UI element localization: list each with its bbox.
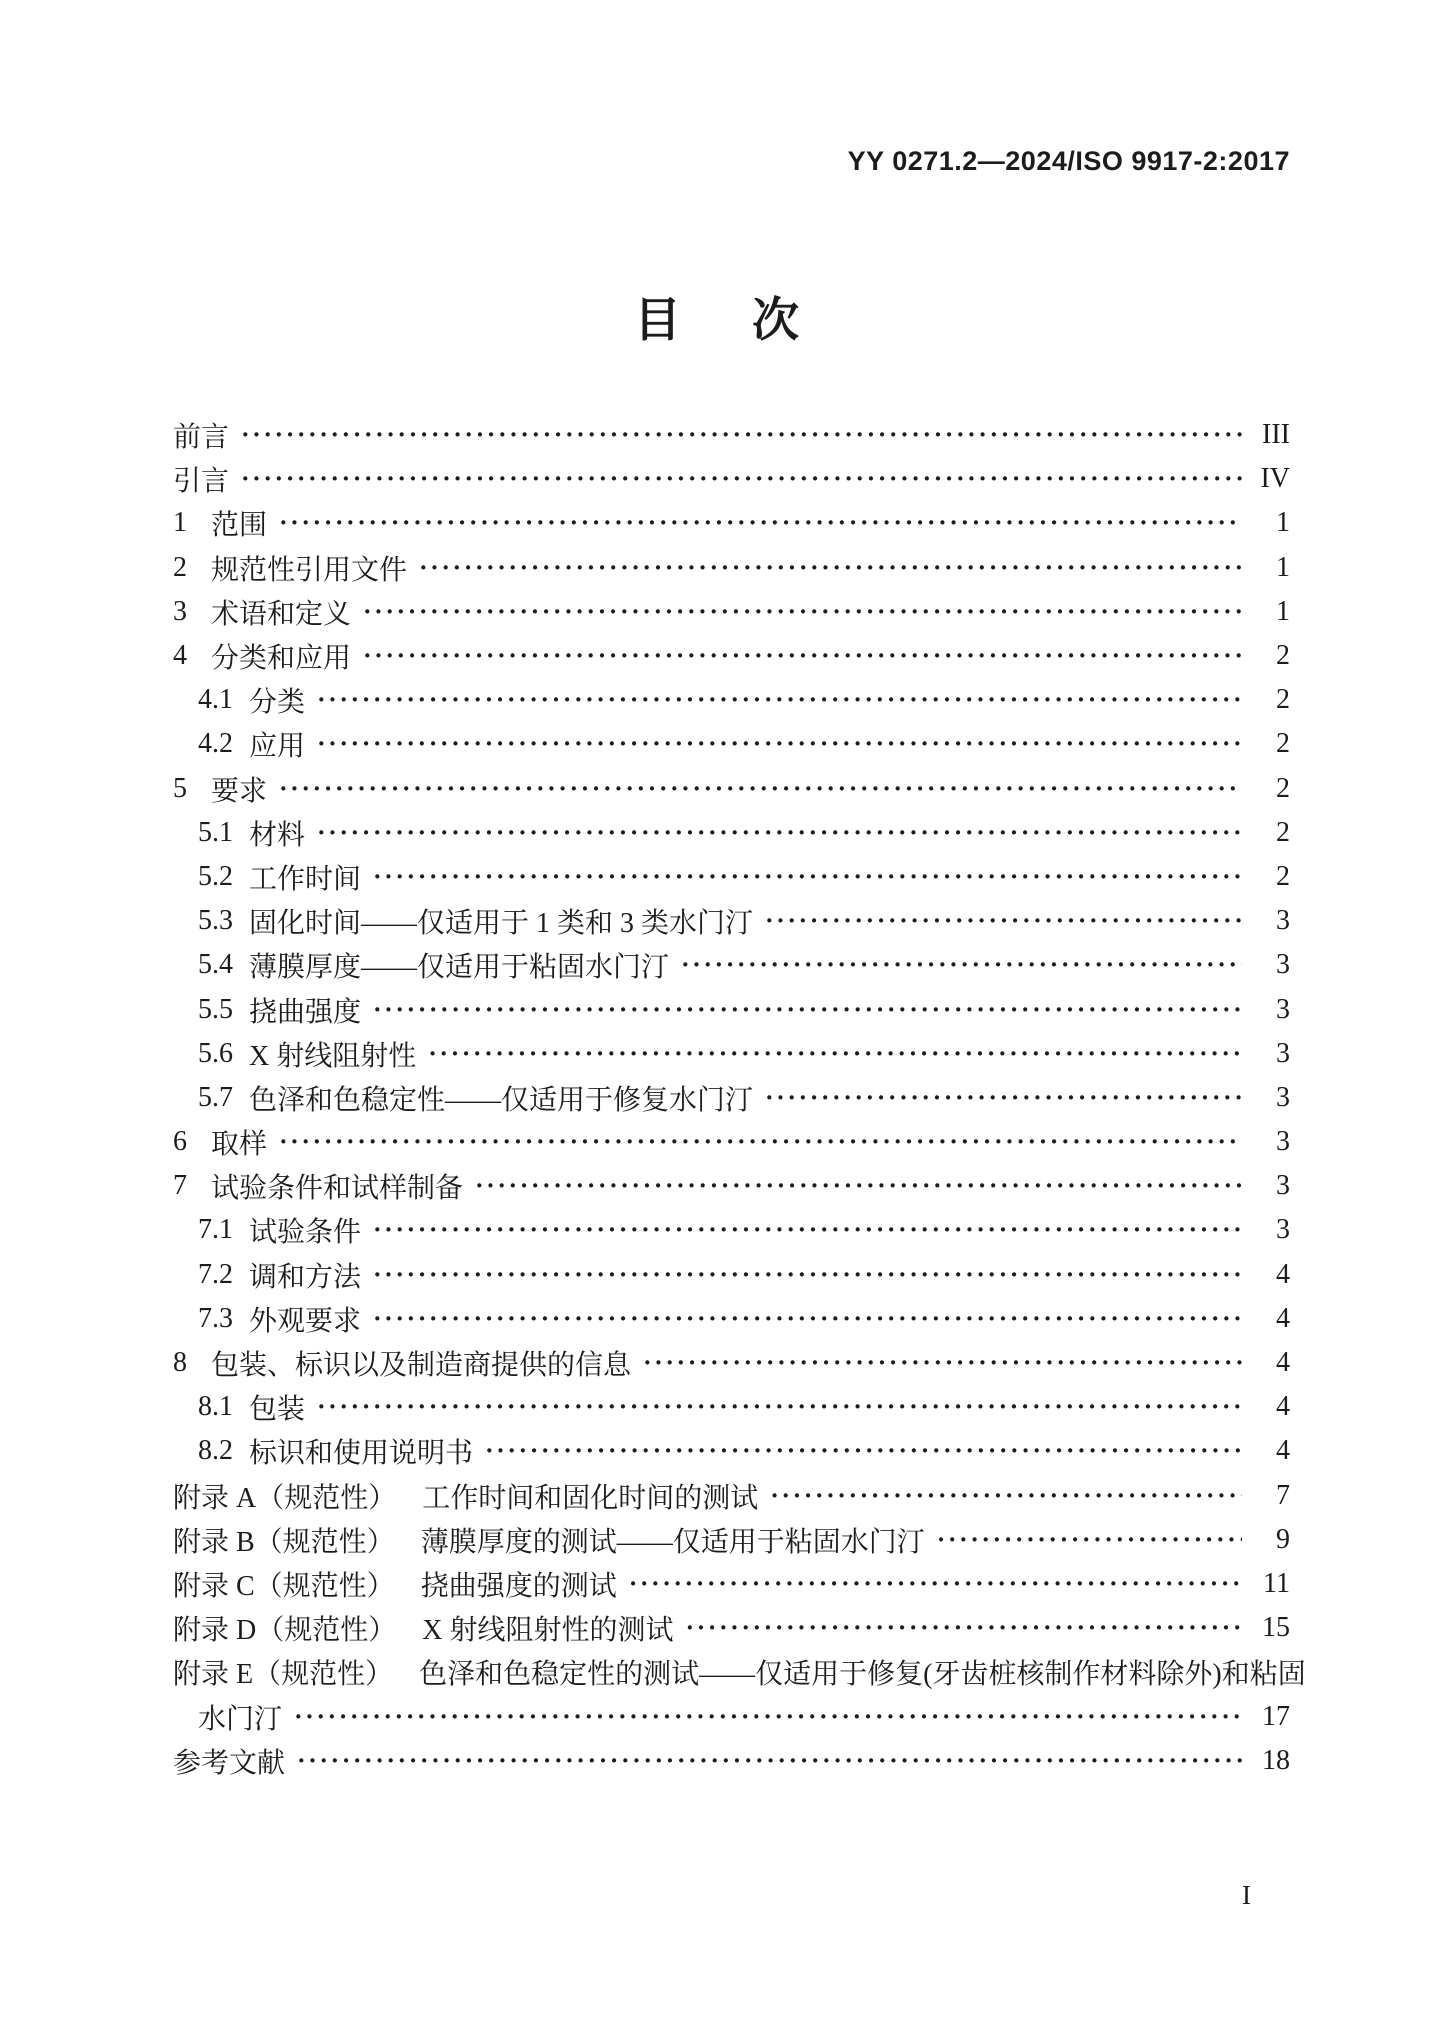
toc-entry-title: 包装、标识以及制造商提供的信息 [211,1343,631,1383]
toc-entry[interactable]: 4 分类和应用 2 [173,634,1290,678]
toc-leader-dots [419,552,1242,584]
toc-entry-number: 4.1 [198,684,233,716]
toc-leader-dots [363,640,1242,672]
toc-entry-title: 色泽和色稳定性——仅适用于修复水门汀 [249,1078,753,1118]
toc-entry-title: X 射线阻射性 [249,1034,416,1074]
table-of-contents: 前言 III 引言 IV 1 范围 1 2 规范性引用文件 1 3 术语和定义 [173,413,1290,1783]
toc-entry-number: 5.4 [198,949,233,981]
toc-entry[interactable]: 5 要求 2 [173,767,1290,811]
toc-entry-page: 2 [1252,773,1290,805]
toc-entry-number: 5.5 [198,994,233,1026]
toc-entry-page: 4 [1252,1435,1290,1467]
page-number-footer: I [1242,1880,1251,1911]
toc-entry-page: 4 [1252,1303,1290,1335]
toc-leader-dots [317,1391,1242,1423]
toc-entry[interactable]: 8 包装、标识以及制造商提供的信息 4 [173,1341,1290,1385]
toc-leader-dots [685,1612,1242,1644]
toc-entry-page: 3 [1252,1214,1290,1246]
toc-entry[interactable]: 7.2 调和方法 4 [173,1253,1290,1297]
toc-entry-title: 固化时间——仅适用于 1 类和 3 类水门汀 [249,901,753,941]
document-page: YY 0271.2—2024/ISO 9917-2:2017 目 次 前言 II… [0,0,1445,2044]
toc-leader-dots [241,463,1242,495]
toc-entry-page: 2 [1252,728,1290,760]
toc-entry-title: 分类和应用 [211,636,351,676]
toc-entry-page: 1 [1252,507,1290,539]
toc-entry-title: 工作时间和固化时间的测试 [422,1476,758,1516]
toc-entry[interactable]: 4.2 应用 2 [173,722,1290,766]
toc-entry[interactable]: 2 规范性引用文件 1 [173,546,1290,590]
toc-entry-page: 3 [1252,949,1290,981]
toc-entry-title: 参考文献 [173,1741,285,1781]
toc-entry-page: 15 [1252,1612,1290,1644]
toc-entry[interactable]: 1 范围 1 [173,501,1290,545]
toc-entry-number: 6 [173,1126,187,1158]
toc-entry-page: 1 [1252,552,1290,584]
toc-leader-dots [279,507,1242,539]
toc-entry-page: III [1252,419,1290,451]
toc-entry-number: 2 [173,552,187,584]
toc-entry-title: 前言 [173,415,229,455]
toc-entry-title: 取样 [211,1122,267,1162]
toc-entry-number: 7.1 [198,1214,233,1246]
toc-entry-number: 附录 E（规范性） [173,1652,393,1692]
toc-entry[interactable]: 7.3 外观要求 4 [173,1297,1290,1341]
toc-leader-dots [681,949,1242,981]
toc-entry-title: 引言 [173,459,229,499]
toc-entry-page: IV [1252,463,1290,495]
toc-entry[interactable]: 引言 IV [173,457,1290,501]
toc-entry-number: 8.1 [198,1391,233,1423]
toc-leader-dots [297,1745,1242,1777]
toc-leader-dots [294,1701,1242,1733]
toc-entry-page: 1 [1252,596,1290,628]
toc-entry-title: 材料 [249,813,305,853]
toc-leader-dots [765,1082,1242,1114]
toc-entry-page: 3 [1252,1082,1290,1114]
toc-entry[interactable]: 附录 C（规范性） 挠曲强度的测试 11 [173,1562,1290,1606]
toc-entry-number: 7.3 [198,1303,233,1335]
toc-entry-page: 3 [1252,994,1290,1026]
toc-leader-dots [765,905,1242,937]
toc-entry[interactable]: 5.1 材料 2 [173,811,1290,855]
toc-entry-page: 3 [1252,1038,1290,1070]
toc-leader-dots [317,728,1242,760]
toc-entry[interactable]: 8.2 标识和使用说明书 4 [173,1429,1290,1473]
toc-leader-dots [629,1568,1242,1600]
toc-entry-title: 工作时间 [249,857,361,897]
toc-entry-title: 水门汀 [198,1697,282,1737]
toc-leader-dots [373,1259,1242,1291]
toc-entry[interactable]: 5.6 X 射线阻射性 3 [173,1032,1290,1076]
toc-entry-number: 4.2 [198,728,233,760]
toc-entry-number: 4 [173,640,187,672]
toc-leader-dots [279,1126,1242,1158]
toc-entry-page: 2 [1252,684,1290,716]
toc-entry-title: 规范性引用文件 [211,548,407,588]
toc-entry[interactable]: 3 术语和定义 1 [173,590,1290,634]
toc-leader-dots [643,1347,1242,1379]
toc-entry-number: 附录 B（规范性） [173,1520,395,1560]
toc-leader-dots [937,1524,1242,1556]
toc-entry-page: 11 [1252,1568,1290,1600]
toc-entry-title: 薄膜厚度的测试——仅适用于粘固水门汀 [421,1520,925,1560]
toc-entry-title: 薄膜厚度——仅适用于粘固水门汀 [249,945,669,985]
toc-leader-dots [317,684,1242,716]
toc-entry-title: 挠曲强度的测试 [421,1564,617,1604]
toc-entry-page: 3 [1252,1126,1290,1158]
toc-leader-dots [485,1435,1242,1467]
toc-entry-title: 调和方法 [249,1255,361,1295]
toc-entry-page: 17 [1252,1701,1290,1733]
toc-entry-number: 7 [173,1170,187,1202]
toc-entry[interactable]: 7 试验条件和试样制备 3 [173,1164,1290,1208]
toc-entry-title: 应用 [249,724,305,764]
toc-entry-number: 5.7 [198,1082,233,1114]
toc-entry-number: 8 [173,1347,187,1379]
toc-entry-page: 4 [1252,1259,1290,1291]
toc-leader-dots [373,1303,1242,1335]
toc-entry-title: 分类 [249,680,305,720]
toc-entry-number: 5.6 [198,1038,233,1070]
toc-entry-page: 18 [1252,1745,1290,1777]
page-title: 目 次 [0,283,1445,350]
toc-entry-page: 4 [1252,1391,1290,1423]
toc-entry[interactable]: 前言 III [173,413,1290,457]
toc-entry-title: 标识和使用说明书 [249,1431,473,1471]
toc-entry-title: 试验条件 [249,1210,361,1250]
toc-leader-dots [475,1170,1242,1202]
toc-entry-number: 5 [173,773,187,805]
toc-entry-page: 3 [1252,1170,1290,1202]
toc-entry-page: 7 [1252,1480,1290,1512]
toc-entry[interactable]: 4.1 分类 2 [173,678,1290,722]
toc-entry-number: 附录 A（规范性） [173,1476,396,1516]
toc-entry-number: 5.2 [198,861,233,893]
toc-entry-number: 7.2 [198,1259,233,1291]
toc-entry[interactable]: 5.3 固化时间——仅适用于 1 类和 3 类水门汀 3 [173,899,1290,943]
toc-entry-title: 包装 [249,1387,305,1427]
toc-leader-dots [279,773,1242,805]
toc-leader-dots [363,596,1242,628]
toc-entry-title: 色泽和色稳定性的测试——仅适用于修复(牙齿桩核制作材料除外)和粘固 [419,1652,1306,1692]
toc-entry[interactable]: 5.4 薄膜厚度——仅适用于粘固水门汀 3 [173,943,1290,987]
toc-leader-dots [428,1038,1242,1070]
toc-entry-number: 3 [173,596,187,628]
toc-entry[interactable]: 附录 B（规范性） 薄膜厚度的测试——仅适用于粘固水门汀 9 [173,1518,1290,1562]
toc-entry-page: 2 [1252,861,1290,893]
toc-entry-page: 9 [1252,1524,1290,1556]
toc-leader-dots [241,419,1242,451]
toc-leader-dots [317,817,1242,849]
toc-entry-number: 8.2 [198,1435,233,1467]
toc-entry-title: 术语和定义 [211,592,351,632]
toc-entry[interactable]: 7.1 试验条件 3 [173,1208,1290,1252]
toc-entry-page: 2 [1252,640,1290,672]
toc-entry-page: 2 [1252,817,1290,849]
toc-entry-number: 5.3 [198,905,233,937]
toc-entry[interactable]: 水门汀 17 [173,1694,1290,1738]
toc-entry-number: 1 [173,507,187,539]
toc-entry-title: X 射线阻射性的测试 [422,1608,673,1648]
toc-entry-number: 5.1 [198,817,233,849]
toc-entry-title: 外观要求 [249,1299,361,1339]
toc-entry[interactable]: 5.7 色泽和色稳定性——仅适用于修复水门汀 3 [173,1076,1290,1120]
toc-entry[interactable]: 附录 A（规范性） 工作时间和固化时间的测试 7 [173,1474,1290,1518]
toc-leader-dots [373,861,1242,893]
toc-entry-page: 3 [1252,905,1290,937]
toc-entry-number: 附录 C（规范性） [173,1564,395,1604]
toc-entry-title: 挠曲强度 [249,990,361,1030]
toc-leader-dots [373,1214,1242,1246]
toc-entry-title: 试验条件和试样制备 [211,1166,463,1206]
toc-entry-number: 附录 D（规范性） [173,1608,396,1648]
toc-entry[interactable]: 5.2 工作时间 2 [173,855,1290,899]
toc-entry[interactable]: 附录 D（规范性） X 射线阻射性的测试 15 [173,1606,1290,1650]
toc-entry-title: 范围 [211,503,267,543]
toc-entry[interactable]: 参考文献 18 [173,1739,1290,1783]
toc-entry[interactable]: 附录 E（规范性） 色泽和色稳定性的测试——仅适用于修复(牙齿桩核制作材料除外)… [173,1650,1290,1694]
toc-entry[interactable]: 6 取样 3 [173,1120,1290,1164]
standard-number-header: YY 0271.2—2024/ISO 9917-2:2017 [848,146,1290,177]
toc-leader-dots [373,994,1242,1026]
toc-entry-page: 4 [1252,1347,1290,1379]
toc-entry-title: 要求 [211,769,267,809]
toc-entry[interactable]: 5.5 挠曲强度 3 [173,987,1290,1031]
toc-entry[interactable]: 8.1 包装 4 [173,1385,1290,1429]
toc-leader-dots [770,1480,1242,1512]
